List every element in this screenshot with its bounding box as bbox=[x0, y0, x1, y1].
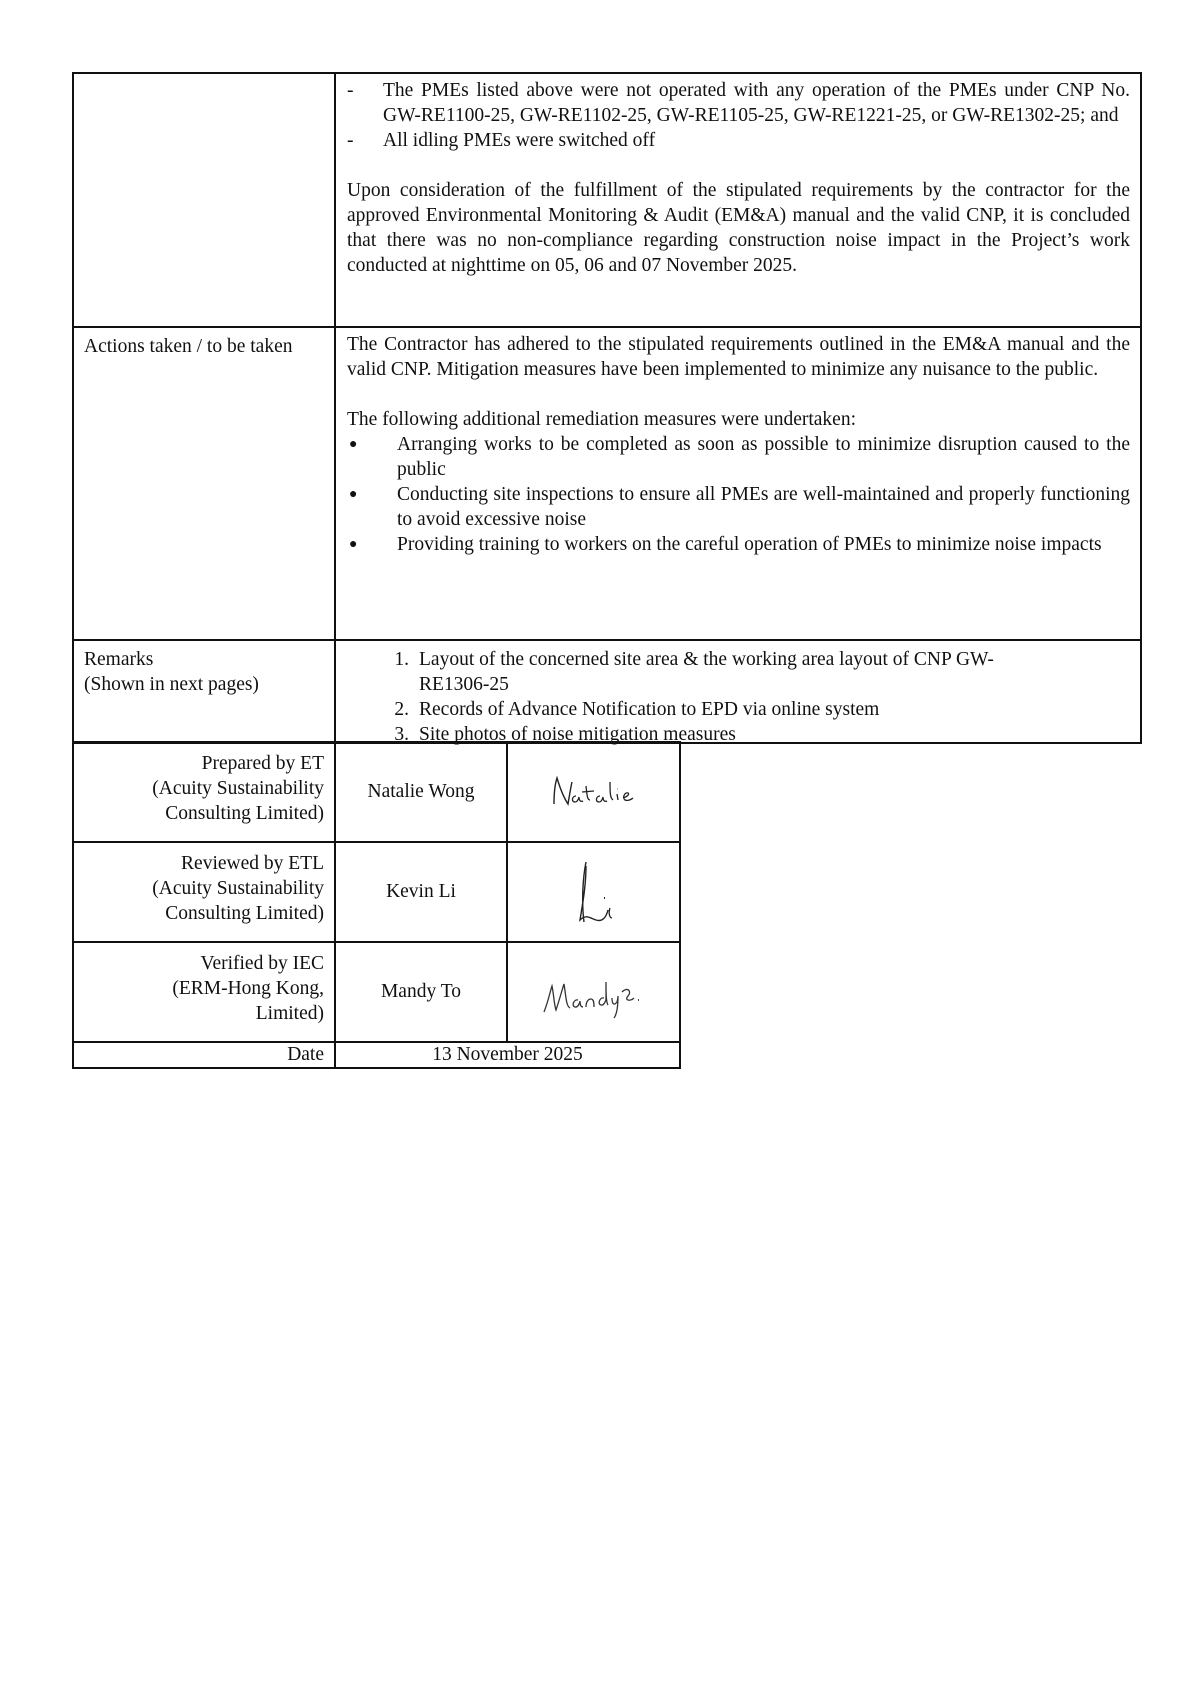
dash-item-text: All idling PMEs were switched off bbox=[383, 128, 1130, 153]
signoff-role: Verified by IEC (ERM-Hong Kong, Limited) bbox=[74, 943, 336, 1041]
incident-report-table: - The PMEs listed above were not operate… bbox=[72, 72, 1142, 744]
signoff-row-date: Date 13 November 2025 bbox=[74, 1041, 679, 1067]
signature-icon bbox=[524, 752, 664, 832]
signoff-row-reviewed: Reviewed by ETL (Acuity Sustainability C… bbox=[74, 841, 679, 941]
row-remarks: Remarks (Shown in next pages) 1. Layout … bbox=[74, 639, 1140, 742]
signature-kevin bbox=[508, 843, 679, 941]
role-title: Prepared by ET bbox=[80, 751, 324, 776]
role-org: (ERM-Hong Kong, bbox=[80, 976, 324, 1001]
remediation-heading: The following additional remediation mea… bbox=[347, 407, 1130, 432]
signoff-role: Prepared by ET (Acuity Sustainability Co… bbox=[74, 743, 336, 841]
actions-content: The Contractor has adhered to the stipul… bbox=[336, 328, 1140, 639]
date-value: 13 November 2025 bbox=[336, 1043, 679, 1067]
signature-mandy bbox=[508, 943, 679, 1041]
row-label-empty bbox=[74, 74, 336, 326]
signoff-row-verified: Verified by IEC (ERM-Hong Kong, Limited)… bbox=[74, 941, 679, 1041]
dash-item-text: The PMEs listed above were not operated … bbox=[383, 78, 1130, 128]
remarks-sublabel: (Shown in next pages) bbox=[84, 672, 324, 697]
remediation-text: Providing training to workers on the car… bbox=[397, 532, 1130, 557]
role-title: Reviewed by ETL bbox=[80, 851, 324, 876]
remark-number: 2. bbox=[347, 697, 419, 722]
dash-marker: - bbox=[347, 78, 383, 128]
signer-name: Mandy To bbox=[336, 943, 508, 1041]
findings-content: - The PMEs listed above were not operate… bbox=[336, 74, 1140, 326]
remark-text: Layout of the concerned site area & the … bbox=[419, 647, 1130, 697]
remediation-text: Arranging works to be completed as soon … bbox=[397, 432, 1130, 482]
signature-icon bbox=[524, 952, 664, 1032]
date-label: Date bbox=[74, 1043, 336, 1067]
bullet-icon: ● bbox=[347, 532, 397, 557]
remediation-text: Conducting site inspections to ensure al… bbox=[397, 482, 1130, 532]
row-label-actions: Actions taken / to be taken bbox=[74, 328, 336, 639]
conclusion-paragraph: Upon consideration of the fulfillment of… bbox=[347, 178, 1130, 278]
dash-item: - The PMEs listed above were not operate… bbox=[347, 78, 1130, 128]
remarks-label: Remarks bbox=[84, 647, 324, 672]
role-org: (Acuity Sustainability bbox=[80, 776, 324, 801]
signature-icon bbox=[524, 852, 664, 932]
remarks-content: 1. Layout of the concerned site area & t… bbox=[336, 641, 1140, 742]
signoff-role: Reviewed by ETL (Acuity Sustainability C… bbox=[74, 843, 336, 941]
dash-marker: - bbox=[347, 128, 383, 153]
remark-number: 1. bbox=[347, 647, 419, 697]
actions-intro: The Contractor has adhered to the stipul… bbox=[347, 332, 1130, 382]
dash-item: - All idling PMEs were switched off bbox=[347, 128, 1130, 153]
signoff-row-prepared: Prepared by ET (Acuity Sustainability Co… bbox=[74, 741, 679, 841]
remark-text: Records of Advance Notification to EPD v… bbox=[419, 697, 1130, 722]
remark-item: 2. Records of Advance Notification to EP… bbox=[347, 697, 1130, 722]
remediation-item: ● Providing training to workers on the c… bbox=[347, 532, 1130, 557]
bullet-icon: ● bbox=[347, 482, 397, 532]
role-org: Consulting Limited) bbox=[80, 901, 324, 926]
bullet-icon: ● bbox=[347, 432, 397, 482]
signer-name: Natalie Wong bbox=[336, 743, 508, 841]
role-org: (Acuity Sustainability bbox=[80, 876, 324, 901]
role-org: Consulting Limited) bbox=[80, 801, 324, 826]
remediation-item: ● Arranging works to be completed as soo… bbox=[347, 432, 1130, 482]
row-label-remarks: Remarks (Shown in next pages) bbox=[74, 641, 336, 742]
role-org: Limited) bbox=[80, 1001, 324, 1026]
role-title: Verified by IEC bbox=[80, 951, 324, 976]
remediation-item: ● Conducting site inspections to ensure … bbox=[347, 482, 1130, 532]
row-findings: - The PMEs listed above were not operate… bbox=[74, 74, 1140, 326]
signer-name: Kevin Li bbox=[336, 843, 508, 941]
remark-item: 1. Layout of the concerned site area & t… bbox=[347, 647, 1130, 697]
signoff-table: Prepared by ET (Acuity Sustainability Co… bbox=[72, 741, 681, 1069]
row-actions-taken: Actions taken / to be taken The Contract… bbox=[74, 326, 1140, 639]
signature-natalie bbox=[508, 743, 679, 841]
